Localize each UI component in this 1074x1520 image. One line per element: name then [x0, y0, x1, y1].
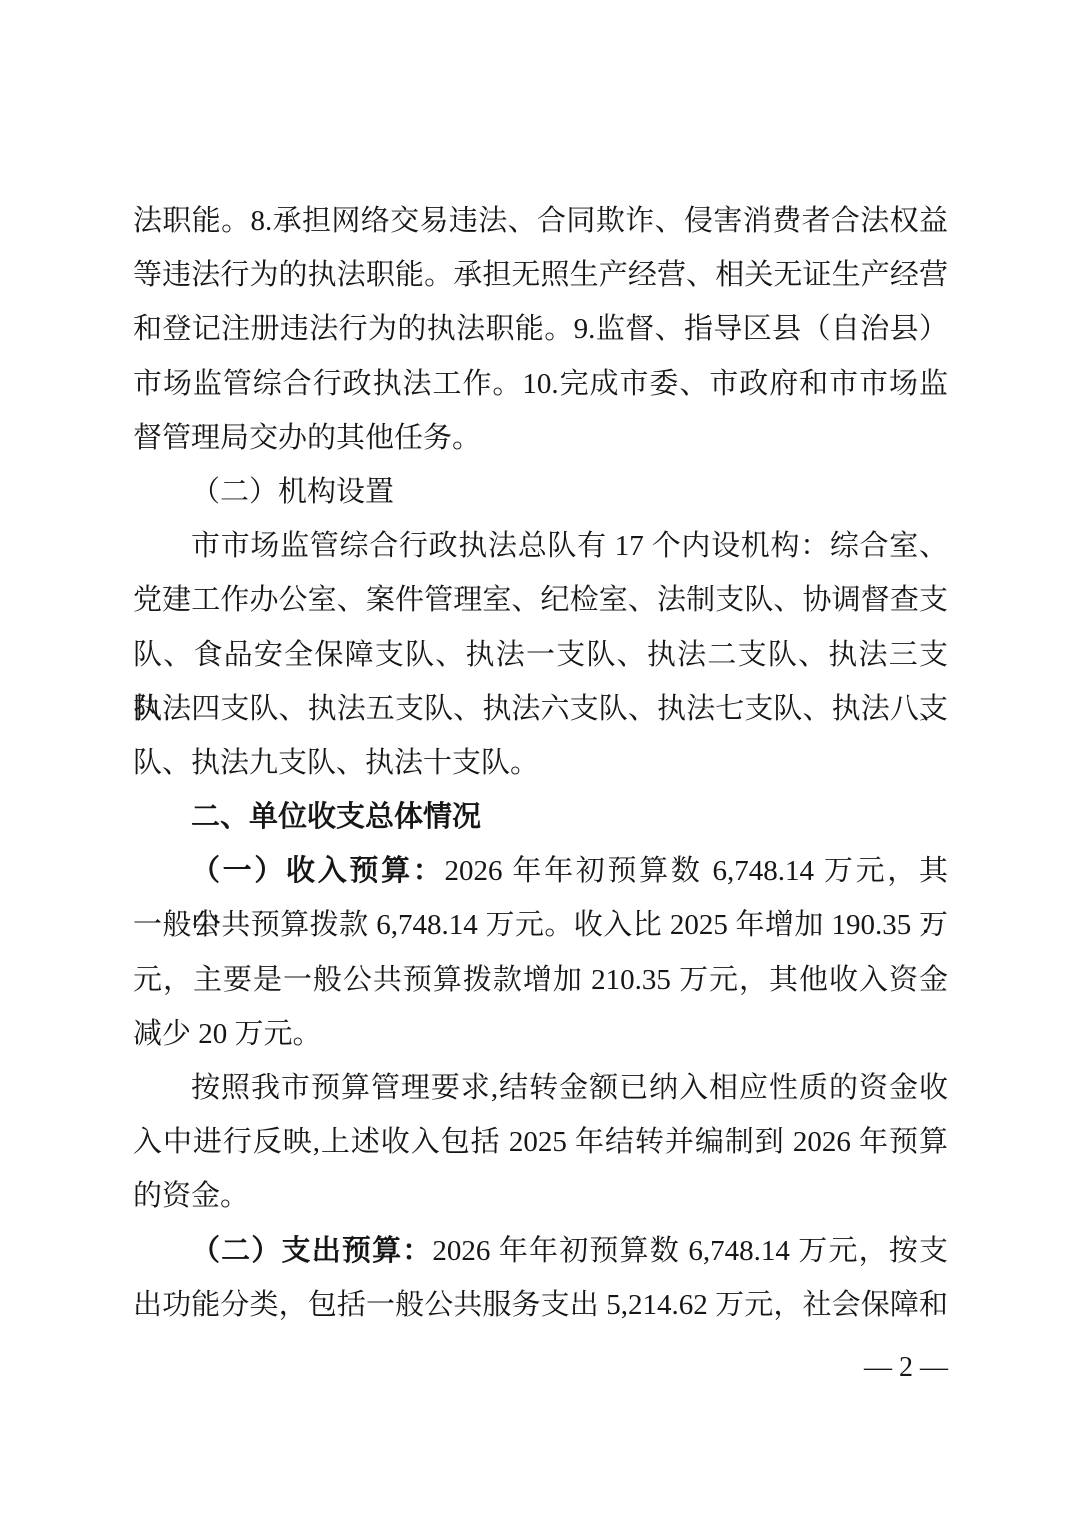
- text-line: 一般公共预算拨款 6,748.14 万元。收入比 2025 年增加 190.35…: [133, 898, 948, 952]
- text-run: 元，主要是一般公共预算拨款增加 210.35 万元，其他收入资金: [133, 964, 948, 996]
- text-line: 党建工作办公室、案件管理室、纪检室、法制支队、协调督查支: [133, 573, 948, 627]
- text-line: 法职能。8.承担网络交易违法、合同欺诈、侵害消费者合法权益: [133, 194, 948, 248]
- text-run: 市市场监管综合行政执法总队有 17 个内设机构：综合室、: [191, 530, 948, 562]
- document-page: 法职能。8.承担网络交易违法、合同欺诈、侵害消费者合法权益等违法行为的执法职能。…: [0, 0, 1074, 1520]
- page-number: — 2 —: [864, 1348, 948, 1388]
- text-run: 按照我市预算管理要求,结转金额已纳入相应性质的资金收: [191, 1072, 948, 1104]
- text-line: 市市场监管综合行政执法总队有 17 个内设机构：综合室、: [133, 519, 948, 573]
- document-body: 法职能。8.承担网络交易违法、合同欺诈、侵害消费者合法权益等违法行为的执法职能。…: [133, 194, 948, 1332]
- text-line: 的资金。: [133, 1169, 948, 1223]
- text-line: 队、食品安全保障支队、执法一支队、执法二支队、执法三支队、: [133, 628, 948, 682]
- text-run: 督管理局交办的其他任务。: [133, 422, 481, 454]
- text-run: 市场监管综合行政执法工作。10.完成市委、市政府和市市场监: [133, 368, 948, 400]
- text-line: 元，主要是一般公共预算拨款增加 210.35 万元，其他收入资金: [133, 953, 948, 1007]
- text-line: 督管理局交办的其他任务。: [133, 411, 948, 465]
- text-run: 法职能。8.承担网络交易违法、合同欺诈、侵害消费者合法权益: [133, 205, 948, 237]
- text-line: 和登记注册违法行为的执法职能。9.监督、指导区县（自治县）: [133, 302, 948, 356]
- paragraph-lead-label: （一）收入预算：: [191, 855, 445, 887]
- paragraph-lead-label: （二）支出预算：: [191, 1235, 432, 1267]
- text-run: 2026 年年初预算数 6,748.14 万元，按支: [432, 1235, 948, 1267]
- text-run: 出功能分类，包括一般公共服务支出 5,214.62 万元，社会保障和: [133, 1289, 948, 1321]
- text-line: （一）收入预算：2026 年年初预算数 6,748.14 万元，其中：: [133, 844, 948, 898]
- text-line: 按照我市预算管理要求,结转金额已纳入相应性质的资金收: [133, 1061, 948, 1115]
- text-run: 减少 20 万元。: [133, 1018, 322, 1050]
- text-line: （二）支出预算：2026 年年初预算数 6,748.14 万元，按支: [133, 1224, 948, 1278]
- text-line: 队、执法九支队、执法十支队。: [133, 736, 948, 790]
- text-run: 队、执法九支队、执法十支队。: [133, 747, 539, 779]
- text-run: 一般公共预算拨款 6,748.14 万元。收入比 2025 年增加 190.35…: [133, 909, 948, 941]
- text-run: 执法四支队、执法五支队、执法六支队、执法七支队、执法八支: [133, 693, 948, 725]
- text-run: 等违法行为的执法职能。承担无照生产经营、相关无证生产经营: [133, 259, 948, 291]
- text-line: 入中进行反映,上述收入包括 2025 年结转并编制到 2026 年预算: [133, 1115, 948, 1169]
- text-run: 二、单位收支总体情况: [191, 801, 481, 833]
- text-line: 等违法行为的执法职能。承担无照生产经营、相关无证生产经营: [133, 248, 948, 302]
- text-line: 市场监管综合行政执法工作。10.完成市委、市政府和市市场监: [133, 357, 948, 411]
- text-run: （二）机构设置: [191, 476, 394, 508]
- text-line: 出功能分类，包括一般公共服务支出 5,214.62 万元，社会保障和: [133, 1278, 948, 1332]
- text-run: 党建工作办公室、案件管理室、纪检室、法制支队、协调督查支: [133, 584, 948, 616]
- text-run: 的资金。: [133, 1180, 249, 1212]
- text-line: 执法四支队、执法五支队、执法六支队、执法七支队、执法八支: [133, 682, 948, 736]
- text-run: 和登记注册违法行为的执法职能。9.监督、指导区县（自治县）: [133, 313, 948, 345]
- text-run: 入中进行反映,上述收入包括 2025 年结转并编制到 2026 年预算: [133, 1126, 948, 1158]
- section-heading: 二、单位收支总体情况: [133, 790, 948, 844]
- section-heading: （二）机构设置: [133, 465, 948, 519]
- text-line: 减少 20 万元。: [133, 1007, 948, 1061]
